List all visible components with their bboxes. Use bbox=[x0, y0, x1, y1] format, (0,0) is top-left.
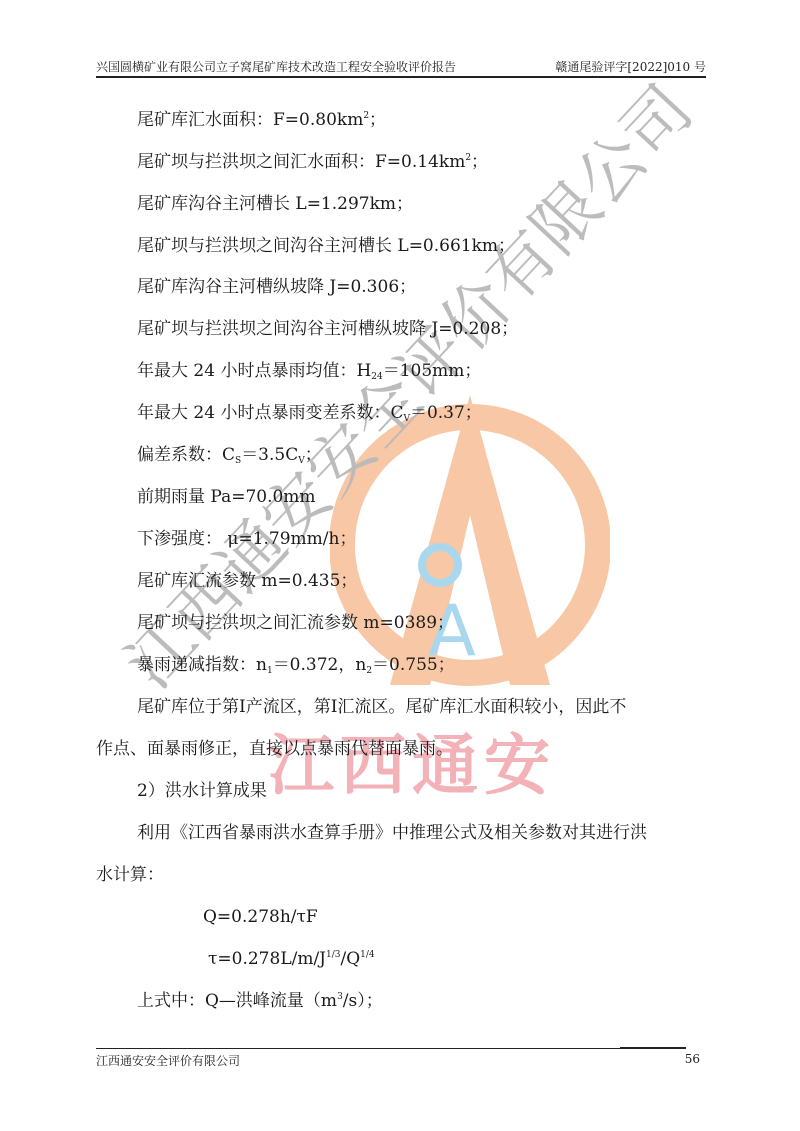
formula-flood-peak: Q=0.278h/τF bbox=[203, 907, 318, 927]
param-line: 年最大 24 小时点暴雨均值：H24＝105mm； bbox=[137, 361, 481, 381]
paragraph-line: 利用《江西省暴雨洪水查算手册》中推理公式及相关参数对其进行洪 bbox=[137, 823, 647, 843]
param-line: 尾矿库汇流参数 m=0.435； bbox=[137, 571, 357, 591]
param-line: 尾矿坝与拦洪坝之间沟谷主河槽长 L=0.661km； bbox=[137, 236, 515, 256]
param-line: 尾矿坝与拦洪坝之间沟谷主河槽纵坡降 J=0.208； bbox=[137, 319, 518, 339]
section-heading: 2）洪水计算成果 bbox=[137, 781, 267, 801]
watermark-red-text: 江西通安 bbox=[268, 712, 556, 807]
formula-legend: 上式中：Q—洪峰流量（m3/s）； bbox=[137, 991, 383, 1011]
footer-divider-accent bbox=[620, 1047, 686, 1049]
paragraph-line: 水计算： bbox=[96, 865, 164, 885]
paragraph-line: 尾矿库位于第Ⅰ产流区，第Ⅰ汇流区。尾矿库汇水面积较小，因此不 bbox=[137, 697, 626, 717]
param-line: 下渗强度： μ=1.79mm/h； bbox=[137, 529, 356, 549]
page-number: 56 bbox=[685, 1052, 700, 1066]
param-line: 偏差系数：CS＝3.5CV； bbox=[137, 445, 322, 465]
paragraph-line: 作点、面暴雨修正，直接以点暴雨代替面暴雨。 bbox=[96, 739, 453, 759]
param-line: 前期雨量 Pa=70.0mm bbox=[137, 487, 316, 507]
param-line: 尾矿坝与拦洪坝之间汇水面积：F=0.14km2； bbox=[137, 152, 488, 172]
param-line: 尾矿库汇水面积：F=0.80km2； bbox=[137, 110, 386, 130]
page-header: 兴国圆横矿业有限公司立子窝尾矿库技术改造工程安全验收评价报告 赣通尾验评字[20… bbox=[96, 58, 706, 74]
param-line: 暴雨递减指数：n1＝0.372，n2＝0.755； bbox=[137, 655, 455, 675]
header-divider bbox=[96, 76, 706, 78]
document-number: 赣通尾验评字[2022]010 号 bbox=[555, 58, 706, 75]
param-line: 尾矿库沟谷主河槽长 L=1.297km； bbox=[137, 194, 413, 214]
footer-divider bbox=[96, 1048, 686, 1049]
report-title: 兴国圆横矿业有限公司立子窝尾矿库技术改造工程安全验收评价报告 bbox=[96, 58, 456, 75]
footer-company: 江西通安安全评价有限公司 bbox=[96, 1052, 240, 1069]
formula-concentration-time: τ=0.278L/m/J1/3/Q1/4 bbox=[208, 949, 375, 969]
param-line: 尾矿库沟谷主河槽纵坡降 J=0.306； bbox=[137, 277, 416, 297]
param-line: 尾矿坝与拦洪坝之间汇流参数 m=0389； bbox=[137, 613, 454, 633]
param-line: 年最大 24 小时点暴雨变差系数：CV＝0.37； bbox=[137, 403, 482, 423]
